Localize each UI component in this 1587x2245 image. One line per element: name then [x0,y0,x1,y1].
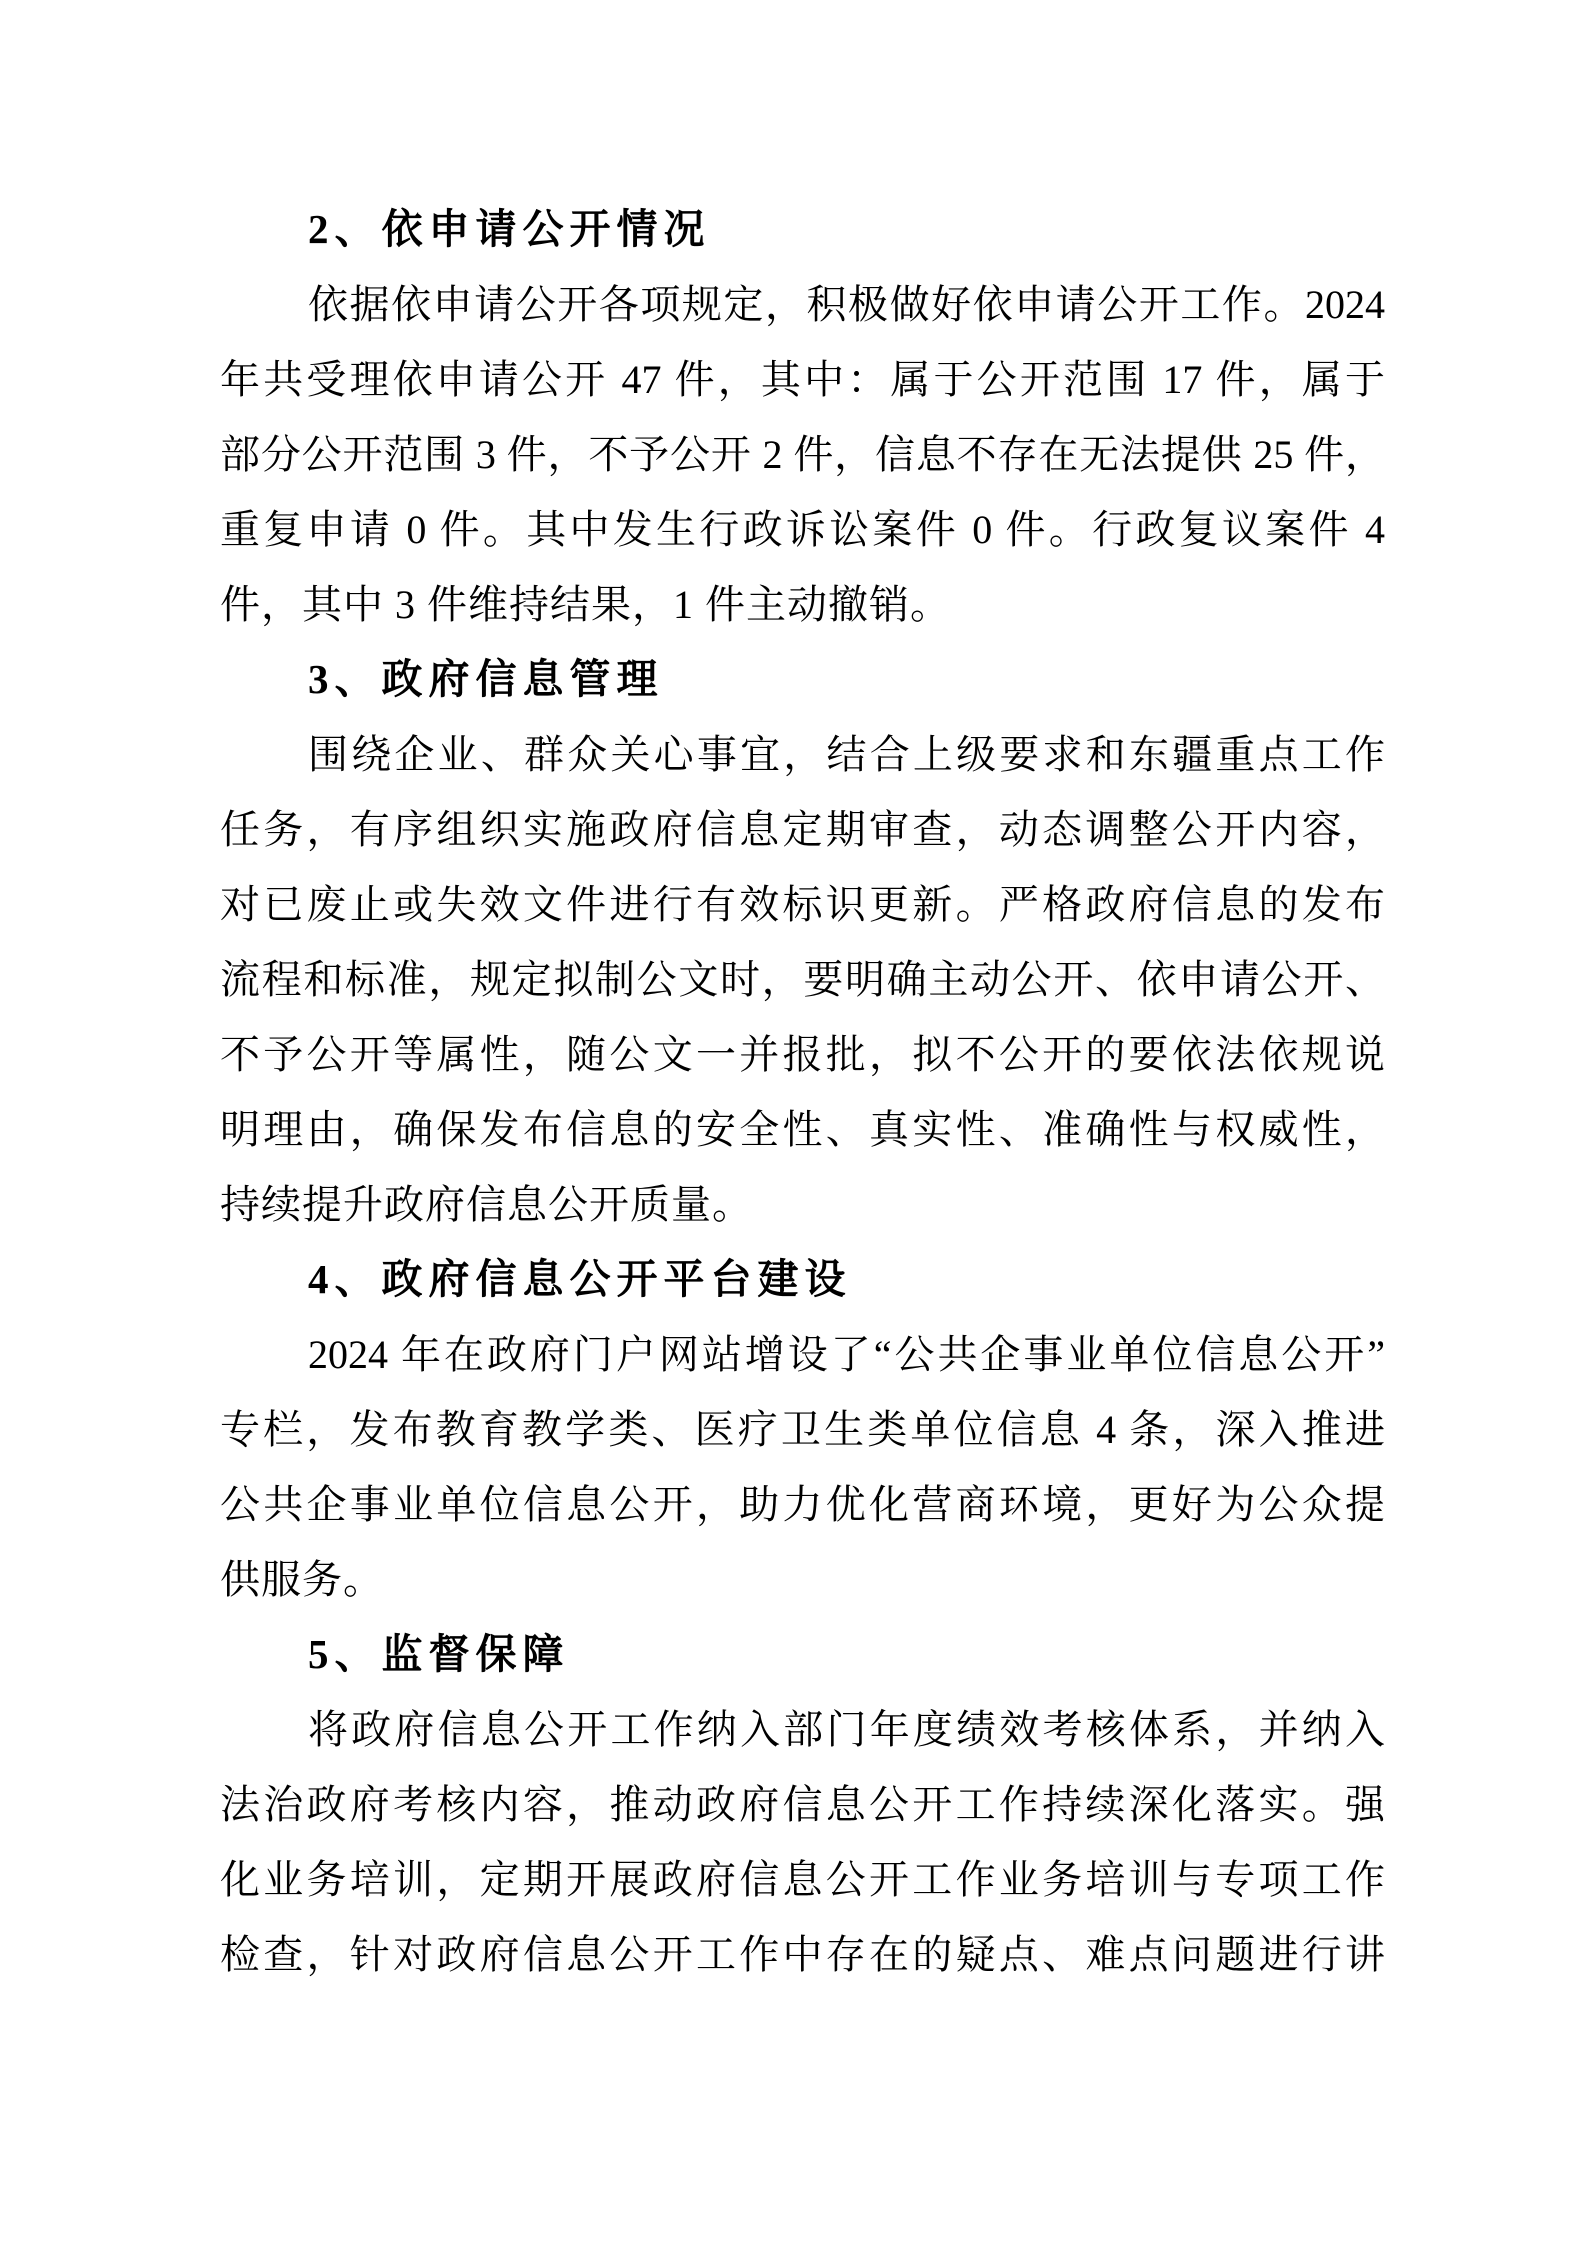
text-line: 供服务。 [220,1542,1385,1617]
text-line: 明理由，确保发布信息的安全性、真实性、准确性与权威性， [220,1092,1385,1167]
text-line: 检查，针对政府信息公开工作中存在的疑点、难点问题进行讲 [220,1917,1385,1992]
text-line: 将政府信息公开工作纳入部门年度绩效考核体系，并纳入 [220,1692,1385,1767]
document-text-block: 2、依申请公开情况依据依申请公开各项规定，积极做好依申请公开工作。2024年共受… [220,192,1385,1992]
text-line: 任务，有序组织实施政府信息定期审查，动态调整公开内容， [220,792,1385,867]
text-line: 年共受理依申请公开 47 件，其中：属于公开范围 17 件，属于 [220,342,1385,417]
text-line: 公共企事业单位信息公开，助力优化营商环境，更好为公众提 [220,1467,1385,1542]
section-heading: 3、政府信息管理 [220,642,1385,717]
section-heading: 2、依申请公开情况 [220,192,1385,267]
text-line: 件，其中 3 件维持结果，1 件主动撤销。 [220,567,1385,642]
text-line: 重复申请 0 件。其中发生行政诉讼案件 0 件。行政复议案件 4 [220,492,1385,567]
text-line: 不予公开等属性，随公文一并报批，拟不公开的要依法依规说 [220,1017,1385,1092]
text-line: 依据依申请公开各项规定，积极做好依申请公开工作。2024 [220,267,1385,342]
text-line: 化业务培训，定期开展政府信息公开工作业务培训与专项工作 [220,1842,1385,1917]
text-line: 专栏，发布教育教学类、医疗卫生类单位信息 4 条，深入推进 [220,1392,1385,1467]
text-line: 2024 年在政府门户网站增设了“公共企事业单位信息公开” [220,1317,1385,1392]
text-line: 持续提升政府信息公开质量。 [220,1167,1385,1242]
text-line: 围绕企业、群众关心事宜，结合上级要求和东疆重点工作 [220,717,1385,792]
document-page: 2、依申请公开情况依据依申请公开各项规定，积极做好依申请公开工作。2024年共受… [0,0,1587,2245]
text-line: 部分公开范围 3 件，不予公开 2 件，信息不存在无法提供 25 件， [220,417,1385,492]
text-line: 对已废止或失效文件进行有效标识更新。严格政府信息的发布 [220,867,1385,942]
text-line: 流程和标准，规定拟制公文时，要明确主动公开、依申请公开、 [220,942,1385,1017]
section-heading: 4、政府信息公开平台建设 [220,1242,1385,1317]
section-heading: 5、监督保障 [220,1617,1385,1692]
text-line: 法治政府考核内容，推动政府信息公开工作持续深化落实。强 [220,1767,1385,1842]
